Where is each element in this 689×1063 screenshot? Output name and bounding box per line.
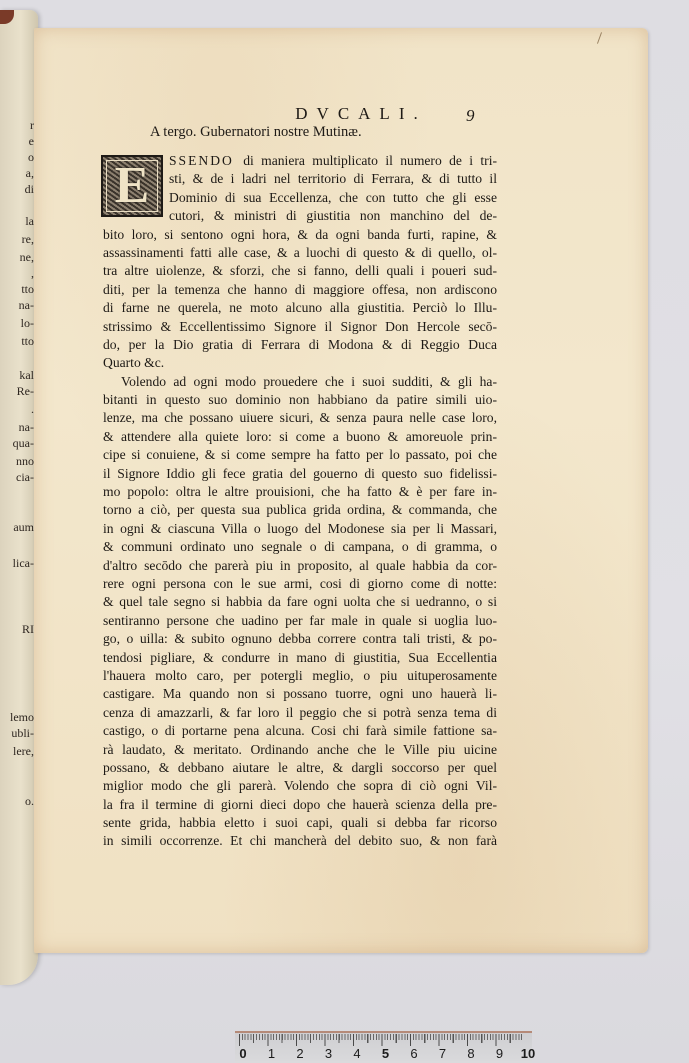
page-number: 9	[466, 106, 475, 126]
ruler-label: 10	[521, 1046, 535, 1061]
text-line: tendosi pigliare, & condurre in mano di …	[103, 649, 497, 667]
text-line: do, per la Dio gratia di Ferrara di Modo…	[103, 336, 497, 354]
facing-page-text-fragment: di	[25, 182, 34, 196]
facing-page-text-fragment: re,	[22, 232, 34, 246]
text-line: mo popolo: oltra le altre prouisioni, ch…	[103, 483, 497, 501]
facing-page-text-fragment: lere,	[13, 744, 34, 758]
facing-page-text-fragment: lemo	[10, 710, 34, 724]
facing-page-text-fragment: tto	[21, 282, 34, 296]
text-line: l'hauera molto caro, per potergli meglio…	[103, 667, 497, 685]
facing-page-text-fragment: aum	[13, 520, 34, 534]
ruler-label: 7	[439, 1046, 446, 1061]
initial-letter: E	[115, 160, 150, 212]
ruler-label: 8	[467, 1046, 474, 1061]
ruler-label: 9	[496, 1046, 503, 1061]
text-line: rà laudato, & meritato. Ordinando anche …	[103, 741, 497, 759]
text-line: Quarto &c.	[103, 354, 497, 372]
text-line: bito loro, si sentono ogni hora, & da og…	[103, 226, 497, 244]
ruler-label: 3	[325, 1046, 332, 1061]
text-line: sentiranno persone che uadino per far ma…	[103, 612, 497, 630]
text-line: in simili occorrenze. Et chi mancherà de…	[103, 832, 497, 850]
ruler-label: 6	[410, 1046, 417, 1061]
scale-ruler: 012345678910	[235, 1031, 532, 1063]
page-crease	[597, 32, 602, 44]
text-line: assassinamenti fatti alle case, & a luoc…	[103, 244, 497, 262]
text-line: miglior modo che gli parerà. Volendo che…	[103, 777, 497, 795]
text-line: lenze, ma che possano uiuere sicuri, & s…	[103, 409, 497, 427]
facing-page-text-fragment: nno	[16, 454, 34, 468]
text-line: torno a ciò, per questa sua publica grid…	[103, 501, 497, 519]
facing-page-text-fragment: Re-	[17, 384, 34, 398]
text-line: possano, & debbano aiutare le altre, & d…	[103, 759, 497, 777]
facing-page-text-fragment: la	[25, 214, 34, 228]
paragraph-2: Volendo ad ogni modo prouedere che i suo…	[103, 373, 497, 851]
text-line: bitanti in questo suo dominio non habbia…	[103, 391, 497, 409]
facing-page-text-fragment: na-	[19, 298, 34, 312]
text-line: castigare. Ma quando non si possano tuor…	[103, 685, 497, 703]
text-line: go, o uilla: & subito ognuno debba corre…	[103, 630, 497, 648]
text-line: & attendere alla quiete loro: si come a …	[103, 428, 497, 446]
running-head: DVCALI.	[34, 104, 648, 124]
facing-page-text-fragment: na-	[19, 420, 34, 434]
text-line: tra altre uiolenze, & sforzi, che si fan…	[103, 262, 497, 280]
ruler-label: 2	[296, 1046, 303, 1061]
letter-heading: A tergo. Gubernatori nostre Mutinæ.	[150, 124, 362, 141]
facing-page-text-fragment: ne,	[20, 250, 34, 264]
facing-page-text-fragment: RI	[22, 622, 34, 636]
text-line: rere ogni persona con le sue armi, cosi …	[103, 575, 497, 593]
ruler-label: 4	[353, 1046, 360, 1061]
text-line: sente grida, habbia eletto i suoi capi, …	[103, 814, 497, 832]
text-line: strissimo & Eccellentissimo Signore il S…	[103, 318, 497, 336]
facing-page-text-fragment: cia-	[16, 470, 34, 484]
facing-page-text-fragment: lo-	[21, 316, 34, 330]
facing-page-text-fragment: lica-	[13, 556, 34, 570]
ruler-ticks	[239, 1034, 524, 1046]
facing-page-text-fragment: o.	[25, 794, 34, 808]
text-line: cenza di amazzarli, & far loro il peggio…	[103, 704, 497, 722]
text-line: cipe si conuiene, & si come sempre ha fa…	[103, 446, 497, 464]
facing-page-text-fragment: tto	[21, 334, 34, 348]
text-line: diti, per la temenza che hanno di maggio…	[103, 281, 497, 299]
ruler-label: 5	[382, 1046, 389, 1061]
ruler-label: 0	[239, 1046, 246, 1061]
ruler-label: 1	[268, 1046, 275, 1061]
text-line: Volendo ad ogni modo prouedere che i suo…	[103, 373, 497, 391]
text-line: & communi ordinato uno segnale o di camp…	[103, 538, 497, 556]
book-page: DVCALI. 9 A tergo. Gubernatori nostre Mu…	[34, 28, 648, 953]
body-text: E SSENDO di maniera multiplicato il nume…	[103, 152, 497, 851]
facing-page-text-fragment: a,	[26, 166, 34, 180]
decorated-initial: E	[101, 155, 163, 217]
running-head-title: DVCALI.	[255, 104, 426, 123]
facing-page-text-fragment: qua-	[13, 436, 34, 450]
text-line: di farne ne querela, ne moto alcuno alla…	[103, 299, 497, 317]
opening-word: SSENDO	[169, 153, 243, 168]
text-line: in ogni & ciascuna Villa o luogo del Mod…	[103, 520, 497, 538]
facing-page-text-fragment: ubli-	[11, 726, 34, 740]
text-line: d'altro secōdo che parerà piu in proposi…	[103, 557, 497, 575]
facing-page-text-fragment: kal	[19, 368, 34, 382]
text-line: & quel tale segno si habbia da fare ogni…	[103, 593, 497, 611]
binding-corner	[0, 10, 14, 24]
facing-page-edge: reoa,dilare,ne,,ttona-lo-ttokalRe-.na-qu…	[0, 10, 38, 985]
ruler-labels: 012345678910	[235, 1046, 532, 1063]
text-line: castigo, o di portarne pena alcuna. Cosi…	[103, 722, 497, 740]
text-line: il Signore Iddio gli fece gratia del gou…	[103, 465, 497, 483]
